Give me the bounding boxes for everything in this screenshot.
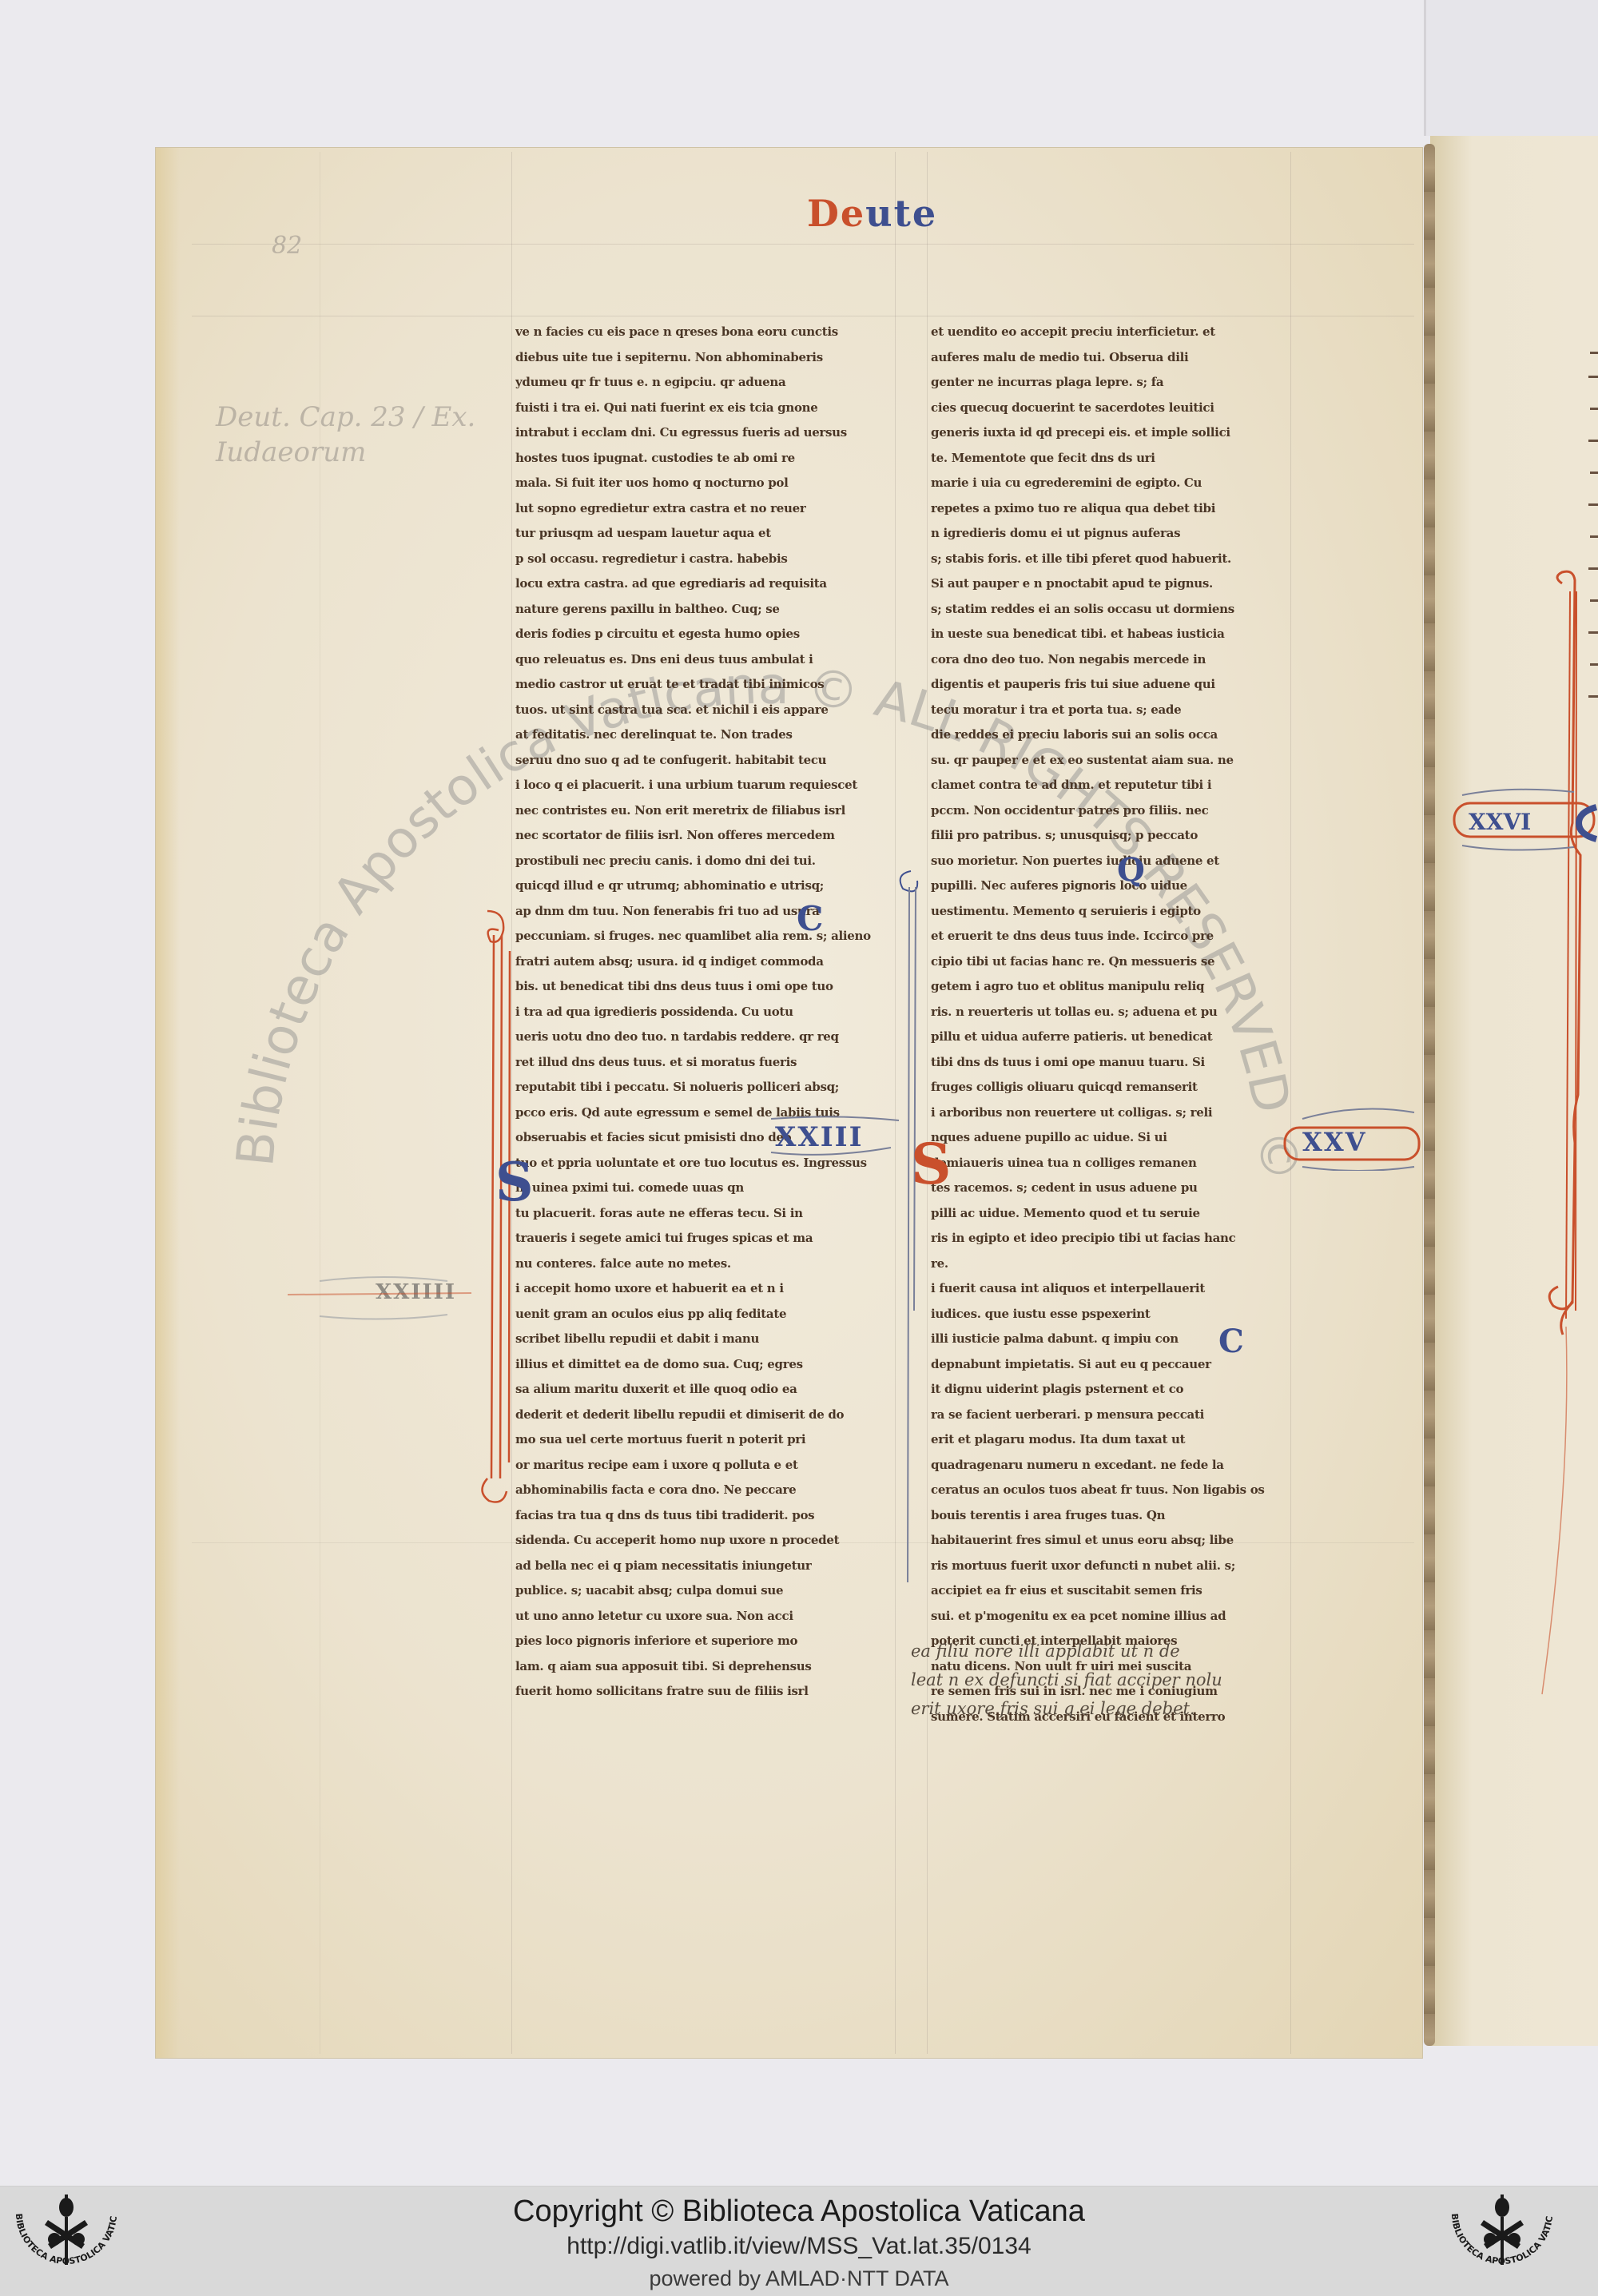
text-line: i fuerit causa int aliquos et interpella…: [931, 1276, 1290, 1302]
text-line: fruges colligis oliuaru quicqd remanseri…: [931, 1075, 1290, 1100]
text-line: in ueste sua benedicat tibi. et habeas i…: [931, 622, 1290, 647]
text-line: marie i uia cu egrederemini de egipto. C…: [931, 471, 1290, 496]
pencil-folio-number: 82: [272, 232, 302, 260]
text-line: lam. q aiam sua apposuit tibi. Si depreh…: [515, 1654, 891, 1680]
text-line: ve n facies cu eis pace n qreses bona eo…: [515, 320, 891, 345]
chapter-label: XXV: [1302, 1127, 1366, 1157]
text-line: ydumeu qr fr tuus e. n egipciu. qr aduen…: [515, 370, 891, 396]
text-line: uenit gram an oculos eius pp aliq fedita…: [515, 1302, 891, 1327]
text-line: nec contristes eu. Non erit meretrix de …: [515, 798, 891, 824]
text-line: cipio tibi ut facias hanc re. Qn messuer…: [931, 949, 1290, 975]
text-line: fuisti i tra ei. Qui nati fuerint ex eis…: [515, 396, 891, 421]
text-line: publice. s; uacabit absq; culpa domui su…: [515, 1578, 891, 1604]
text-line: tecu moratur i tra et porta tua. s; eade: [931, 698, 1290, 723]
text-line: te. Mementote que fecit dns ds uri: [931, 446, 1290, 472]
powered-by-text: powered by AMLAD·NTT DATA: [0, 2266, 1598, 2291]
copyright-text: Copyright © Biblioteca Apostolica Vatica…: [0, 2195, 1598, 2229]
text-line: bis. ut benedicat tibi dns deus tuus i o…: [515, 974, 891, 1000]
text-line: quadragenaru numeru n excedant. ne fede …: [931, 1453, 1290, 1478]
text-line: quicqd illud e qr utrumq; abhominatio e …: [515, 873, 891, 899]
text-line: hostes tuos ipugnat. custodies te ab omi…: [515, 446, 891, 472]
pencil-note: Deut. Cap. 23 / Ex. Iudaeorum: [216, 400, 479, 470]
text-line: filii pro patribus. s; unusquisq; p pecc…: [931, 823, 1290, 849]
text-line: erit et plagaru modus. Ita dum taxat ut: [931, 1427, 1290, 1453]
permalink-url[interactable]: http://digi.vatlib.it/view/MSS_Vat.lat.3…: [0, 2233, 1598, 2260]
running-title: Deute: [807, 192, 937, 235]
text-line: tu placuerit. foras aute ne efferas tecu…: [515, 1201, 891, 1227]
chapter-frame: [767, 1112, 903, 1160]
ruling-line: [192, 316, 1414, 316]
text-line: s; stabis foris. et ille tibi pferet quo…: [931, 547, 1290, 572]
text-line: fuerit homo sollicitans fratre suu de fi…: [515, 1679, 891, 1705]
text-line: getem i agro tuo et oblitus manipulu rel…: [931, 974, 1290, 1000]
text-line: auferes malu de medio tui. Obserua dili: [931, 345, 1290, 371]
text-line: pccm. Non occidentur patres pro filiis. …: [931, 798, 1290, 824]
text-line: fratri autem absq; usura. id q indiget c…: [515, 949, 891, 975]
text-line: diebus uite tue i sepiternu. Non abhomin…: [515, 345, 891, 371]
svg-text:XXVI: XXVI: [1469, 809, 1531, 835]
text-line: ueris uotu dno deo tuo. n tardabis redde…: [515, 1025, 891, 1050]
text-line: tuos. ut sint castra tua sca. et nichil …: [515, 698, 891, 723]
initial-s-red: S: [911, 1131, 952, 1197]
vatican-library-logo-icon: BIBLIOTECA APOSTOLICA VATICANA: [1442, 2190, 1562, 2294]
text-line: pillu et uidua auferre patieris. ut bene…: [931, 1025, 1290, 1050]
text-line: i tra ad qua igredieris possidenda. Cu u…: [515, 1000, 891, 1025]
text-line: cora dno deo tuo. Non negabis mercede in: [931, 647, 1290, 673]
text-line: quo releuatus es. Dns eni deus tuus ambu…: [515, 647, 891, 673]
text-line: abhominabilis facta e cora dno. Ne pecca…: [515, 1478, 891, 1503]
text-line: re.: [931, 1251, 1290, 1277]
text-line: demiaueris uinea tua n colliges remanen: [931, 1151, 1290, 1176]
facing-page-flourish: XXVI: [1430, 136, 1598, 2046]
text-line: ra se facient uerberari. p mensura pecca…: [931, 1403, 1290, 1428]
text-line: dederit et dederit libellu repudii et di…: [515, 1403, 891, 1428]
text-line: reputabit tibi i peccatu. Si nolueris po…: [515, 1075, 891, 1100]
text-line: n igredieris domu ei ut pignus auferas: [931, 521, 1290, 547]
text-line: ris mortuus fuerit uxor defuncti n nubet…: [931, 1554, 1290, 1579]
text-line: bouis terentis i area fruges tuas. Qn: [931, 1503, 1290, 1529]
text-line: lut sopno egredietur extra castra et no …: [515, 496, 891, 522]
text-line: p sol occasu. regredietur i castra. habe…: [515, 547, 891, 572]
text-line: scribet libellu repudii et dabit i manu: [515, 1327, 891, 1352]
text-line: generis iuxta id qd precepi eis. et impl…: [931, 420, 1290, 446]
text-line: pies loco pignoris inferiore et superior…: [515, 1629, 891, 1654]
text-line: sidenda. Cu acceperit homo nup uxore n p…: [515, 1528, 891, 1554]
initial-s-blue: S: [495, 1151, 534, 1213]
text-line: et eruerit te dns deus tuus inde. Iccirc…: [931, 924, 1290, 949]
text-line: ut uno anno letetur cu uxore sua. Non ac…: [515, 1604, 891, 1629]
text-line: accipiet ea fr eius et suscitabit semen …: [931, 1578, 1290, 1604]
text-line: peccuniam. si fruges. nec quamlibet alia…: [515, 924, 891, 949]
text-line: i accepit homo uxore et habuerit ea et n…: [515, 1276, 891, 1302]
note-line: leat n ex defuncti si fiat acciper nolu: [911, 1665, 1294, 1694]
text-line: traueris i segete amici tui fruges spica…: [515, 1226, 891, 1251]
text-line: su. qr pauper e et ex eo sustentat aiam …: [931, 748, 1290, 774]
text-line: nec scortator de filiis isrl. Non offere…: [515, 823, 891, 849]
text-line: s; statim reddes ei an solis occasu ut d…: [931, 597, 1290, 623]
text-line: deris fodies p circuitu et egesta humo o…: [515, 622, 891, 647]
initial-c-blue: C: [797, 899, 823, 938]
center-flourish: [887, 863, 935, 1598]
text-line: mo sua uel certe mortuus fuerit n poteri…: [515, 1427, 891, 1453]
text-column-left: ve n facies cu eis pace n qreses bona eo…: [515, 320, 891, 1705]
text-line: ap dnm dm tuu. Non fenerabis fri tuo ad …: [515, 899, 891, 925]
text-line: ceratus an oculos tuos abeat fr tuus. No…: [931, 1478, 1290, 1503]
text-line: genter ne incurras plaga lepre. s; fa: [931, 370, 1290, 396]
text-line: pupilli. Nec auferes pignoris loco uidue: [931, 873, 1290, 899]
text-line: ret illud dns deus tuus. et si moratus f…: [515, 1050, 891, 1076]
initial-q-blue: Q: [1117, 851, 1145, 889]
facing-page: XXVI: [1430, 136, 1598, 2046]
mount-board: [1424, 0, 1598, 136]
text-line: i arboribus non reuertere ut colligas. s…: [931, 1100, 1290, 1126]
text-line: or maritus recipe eam i uxore q polluta …: [515, 1453, 891, 1478]
text-line: medio castror ut eruat te et tradat tibi…: [515, 672, 891, 698]
text-line: mala. Si fuit iter uos homo q nocturno p…: [515, 471, 891, 496]
text-line: tes racemos. s; cedent in usus aduene pu: [931, 1176, 1290, 1201]
text-line: suo morietur. Non puertes iudiciu aduene…: [931, 849, 1290, 874]
text-line: ris. n reuerteris ut tollas eu. s; aduen…: [931, 1000, 1290, 1025]
text-line: tibi dns ds tuus i omi ope manuu tuaru. …: [931, 1050, 1290, 1076]
text-line: et uendito eo accepit preciu interficiet…: [931, 320, 1290, 345]
text-line: seruu dno suo q ad te confugerit. habita…: [515, 748, 891, 774]
text-line: it dignu uiderint plagis psternent et co: [931, 1377, 1290, 1403]
text-line: digentis et pauperis fris tui siue aduen…: [931, 672, 1290, 698]
text-line: ad bella nec ei q piam necessitatis iniu…: [515, 1554, 891, 1579]
text-line: repetes a pximo tuo re aliqua qua debet …: [931, 496, 1290, 522]
text-line: uestimentu. Memento q seruieris i egipto: [931, 899, 1290, 925]
text-line: intrabut i ecclam dni. Cu egressus fueri…: [515, 420, 891, 446]
text-line: sui. et p'mogenitu ex ea pcet nomine ill…: [931, 1604, 1290, 1629]
note-line: ea filiu nore illi applabit ut n de: [911, 1637, 1294, 1665]
text-line: habitauerint fres simul et unus eoru abs…: [931, 1528, 1290, 1554]
text-line: clamet contra te ad dnm. et reputetur ti…: [931, 773, 1290, 798]
text-line: Si aut pauper e n pnoctabit apud te pign…: [931, 571, 1290, 597]
vatican-library-logo-icon: BIBLIOTECA APOSTOLICA VATICANA: [6, 2190, 126, 2294]
text-line: nu conteres. falce aute no metes.: [515, 1251, 891, 1277]
marginal-note: ea filiu nore illi applabit ut n de leat…: [911, 1637, 1294, 1723]
text-column-right: et uendito eo accepit preciu interficiet…: [931, 320, 1290, 1729]
page-edge: [156, 148, 180, 2058]
text-line: i loco q ei placuerit. i una urbium tuar…: [515, 773, 891, 798]
running-title-blue: ute: [865, 192, 937, 235]
ruling-line: [192, 244, 1414, 245]
note-line: erit uxore fris sui q ei lege debet.: [911, 1694, 1294, 1723]
text-line: nques aduene pupillo ac uidue. Si ui: [931, 1125, 1290, 1151]
text-line: cies quecuq docuerint te sacerdotes leui…: [931, 396, 1290, 421]
text-line: locu extra castra. ad que egrediaris ad …: [515, 571, 891, 597]
chapter-frame-faded: [288, 1267, 479, 1331]
text-line: illius et dimittet ea de domo sua. Cuq; …: [515, 1352, 891, 1378]
text-line: facias tra tua q dns ds tuus tibi tradid…: [515, 1503, 891, 1529]
initial-c-blue-2: C: [1218, 1323, 1244, 1360]
chapter-number-xxv: XXV: [1302, 1127, 1366, 1157]
copyright-footer: Copyright © Biblioteca Apostolica Vatica…: [0, 2186, 1598, 2296]
text-line: die reddes ei preciu laboris sui an soli…: [931, 722, 1290, 748]
text-line: nature gerens paxillu in baltheo. Cuq; s…: [515, 597, 891, 623]
text-line: sa alium maritu duxerit et ille quoq odi…: [515, 1377, 891, 1403]
binding-thread: [1424, 144, 1435, 2046]
text-line: prostibuli nec preciu canis. i domo dni …: [515, 849, 891, 874]
text-line: ris in egipto et ideo precipio tibi ut f…: [931, 1226, 1290, 1251]
text-line: pilli ac uidue. Memento quod et tu serui…: [931, 1201, 1290, 1227]
text-line: tur priusqm ad uespam lauetur aqua et: [515, 521, 891, 547]
text-line: in uinea pximi tui. comede uuas qn: [515, 1176, 891, 1201]
running-title-red: De: [807, 192, 865, 235]
text-line: at feditatis. nec derelinquat te. Non tr…: [515, 722, 891, 748]
